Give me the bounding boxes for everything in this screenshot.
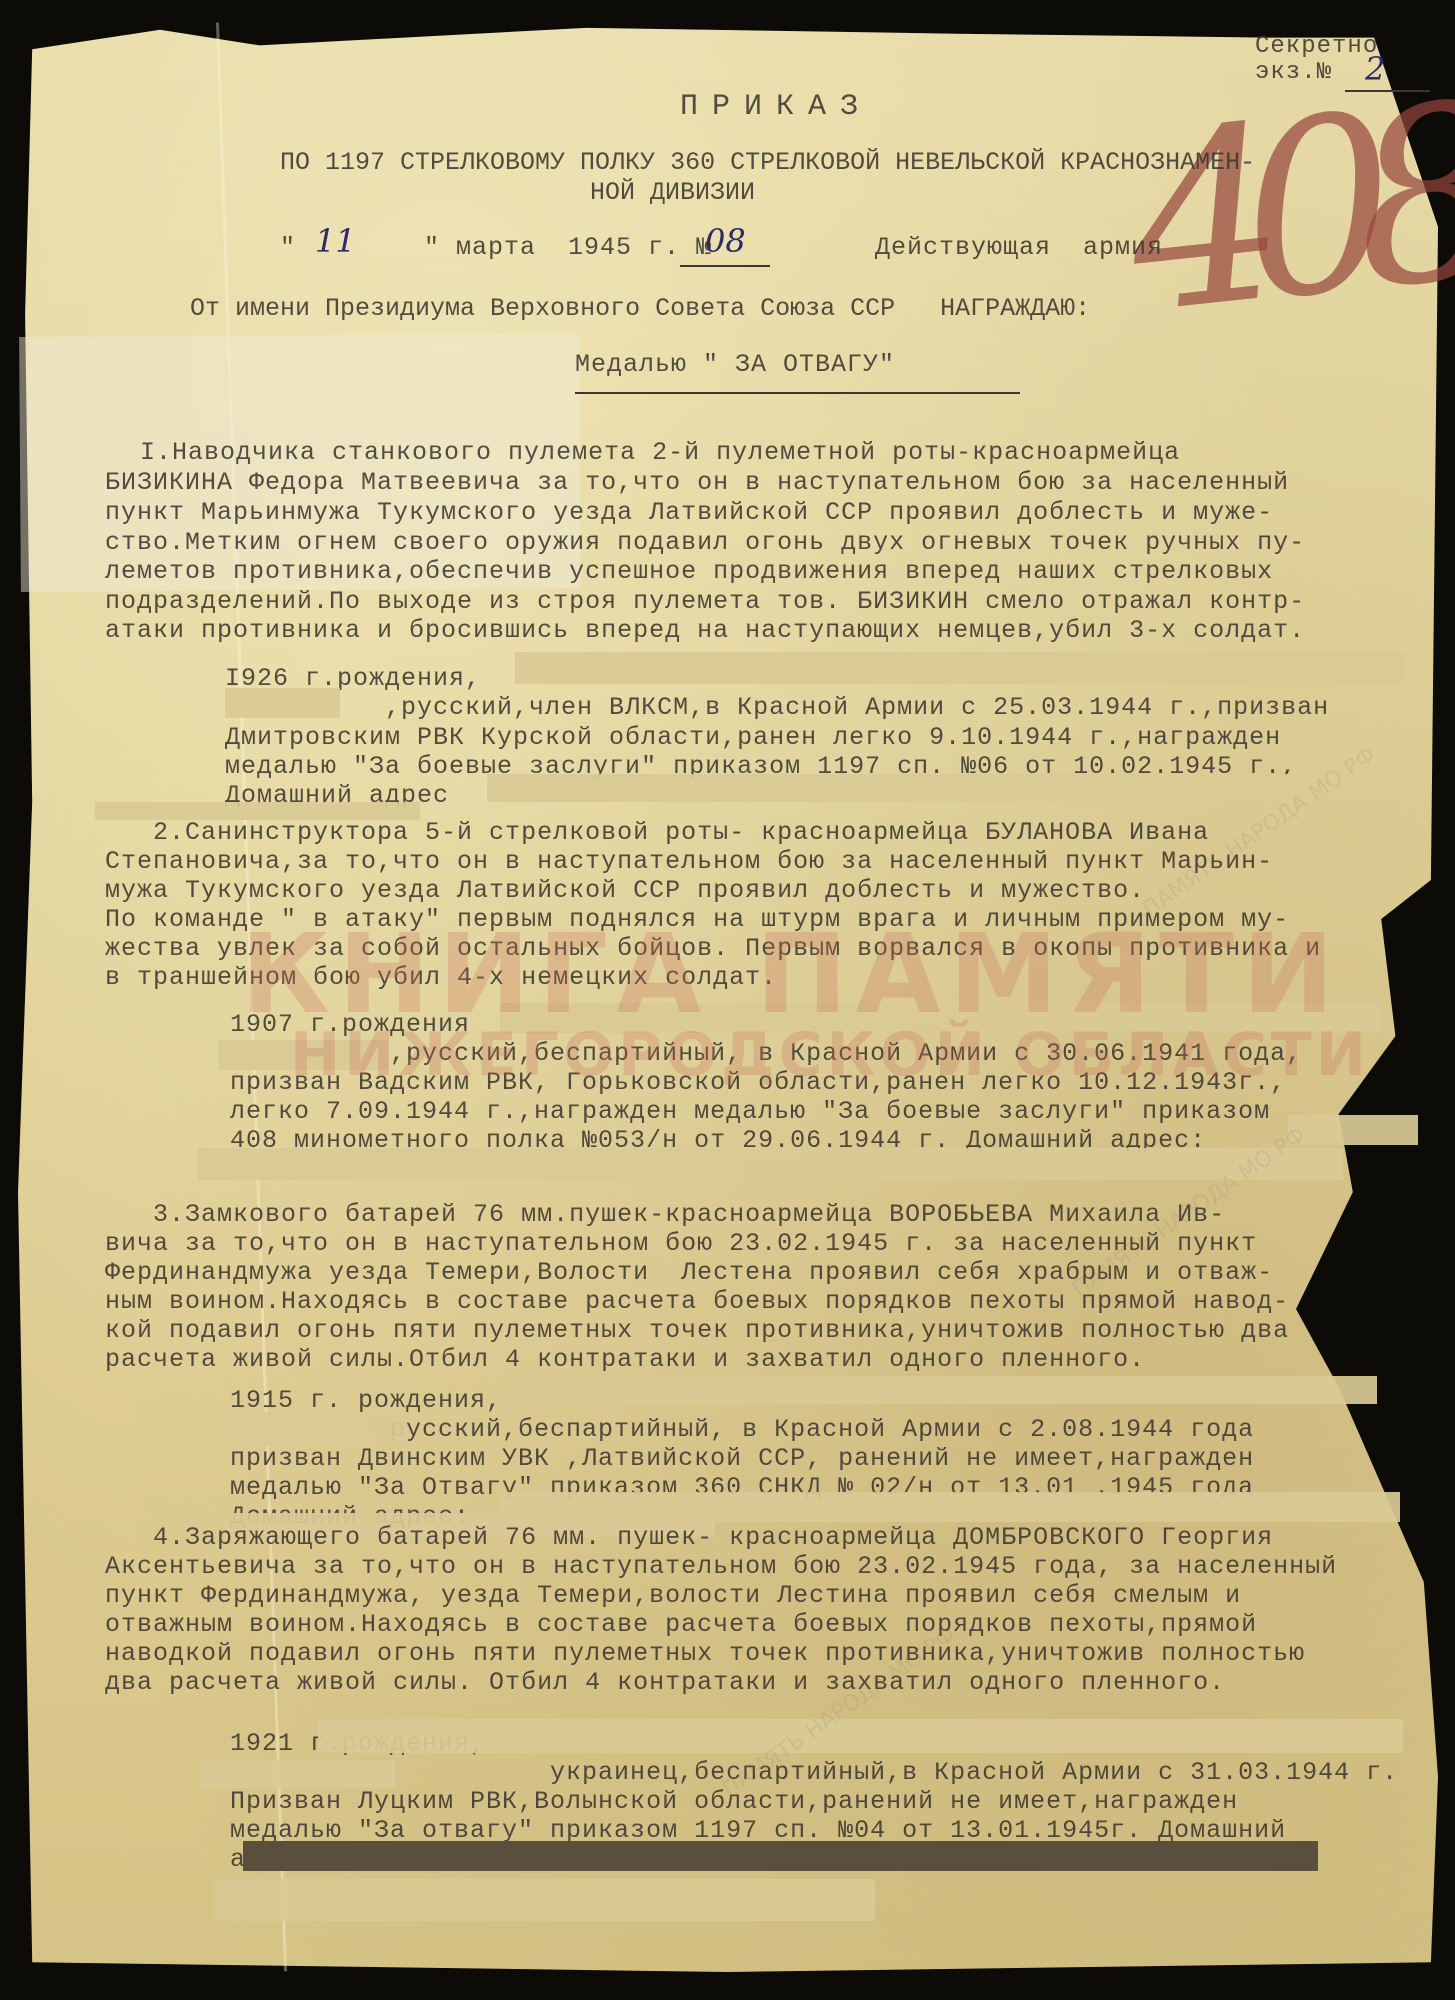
unit-line-1: ПО 1197 СТРЕЛКОВОМУ ПОЛКУ 360 СТРЕЛКОВОЙ… bbox=[280, 148, 1255, 178]
unit-line-2: НОЙ ДИВИЗИИ bbox=[590, 178, 755, 208]
entry-4-line: наводкой подавил огонь пяти пулеметных т… bbox=[105, 1639, 1305, 1669]
entry-3-line: кой подавил огонь пяти пулеметных точек … bbox=[105, 1316, 1289, 1346]
entry-4-line: 4.Заряжающего батарей 76 мм. пушек- крас… bbox=[105, 1523, 1273, 1553]
redaction-bar-dark bbox=[243, 1841, 1318, 1871]
entry-4-line: пункт Фердинандмужа, уезда Темери,волост… bbox=[105, 1581, 1241, 1611]
army-label: Действующая армия bbox=[875, 233, 1163, 263]
entry-4-line: Аксентьевича за то,что он в наступательн… bbox=[105, 1552, 1337, 1582]
medal-underline bbox=[575, 392, 1020, 394]
redaction-bar bbox=[225, 688, 340, 718]
entry-4-bio: украинец,беспартийный,в Красной Армии с … bbox=[230, 1758, 1398, 1788]
medal-name: Медалью " ЗА ОТВАГУ" bbox=[575, 350, 895, 380]
entry-4-line: два расчета живой силы. Отбил 4 контрата… bbox=[105, 1668, 1225, 1698]
document-title: ПРИКАЗ bbox=[680, 92, 872, 122]
entry-3-line: вича за то,что он в наступательном бою 2… bbox=[105, 1229, 1257, 1259]
redaction-bar bbox=[515, 652, 1405, 684]
redaction-bar bbox=[522, 1376, 1377, 1404]
redaction-bar bbox=[222, 1412, 407, 1446]
entry-3-line: расчета живой силы.Отбил 4 контратаки и … bbox=[105, 1345, 1145, 1375]
watermark-line-2: НИЖЕГОРОДСКОЙ ОБЛАСТИ bbox=[290, 1020, 1370, 1090]
redaction-bar bbox=[487, 774, 1312, 802]
order-number: 08 bbox=[705, 222, 746, 260]
redaction-bar bbox=[198, 1148, 1343, 1180]
redaction-bar bbox=[200, 1760, 395, 1788]
entry-4-line: отважным воином.Находясь в составе расче… bbox=[105, 1610, 1257, 1640]
redaction-bar bbox=[215, 1879, 875, 1921]
handwritten-red-number: 408 bbox=[1116, 53, 1455, 367]
entry-1-line: I.Наводчика станкового пулемета 2-й пуле… bbox=[140, 438, 1180, 468]
entry-3-bio: призван Двинским УВК ,Латвийской ССР, ра… bbox=[230, 1444, 1254, 1474]
award-intro: От имени Президиума Верховного Совета Со… bbox=[190, 294, 1090, 324]
entry-1-bio: Дмитровским РВК Курской области,ранен ле… bbox=[225, 723, 1281, 753]
entry-1-line: пункт Марьинмужа Тукумского уезда Латвий… bbox=[105, 498, 1273, 528]
entry-1-line: атаки противника и бросившись вперед на … bbox=[105, 616, 1305, 646]
entry-2-line: 2.Санинструктора 5-й стрелковой роты- кр… bbox=[105, 818, 1209, 848]
entry-1-bio: ,русский,член ВЛКСМ,в Красной Армии с 25… bbox=[225, 693, 1329, 723]
entry-1-line: подразделений.По выходе из строя пулемет… bbox=[105, 587, 1305, 617]
entry-3-line: 3.Замкового батарей 76 мм.пушек-красноар… bbox=[105, 1200, 1225, 1230]
entry-2-line: Степановича,за то,что он в наступательно… bbox=[105, 847, 1273, 877]
entry-2-line: мужа Тукумского уезда Латвийской ССР про… bbox=[105, 876, 1145, 906]
entry-1-line: БИЗИКИНА Федора Матвеевича за то,что он … bbox=[105, 468, 1289, 498]
order-number-underline bbox=[680, 265, 770, 267]
entry-1-line: леметов противника,обеспечив успешное пр… bbox=[105, 557, 1273, 587]
order-day: 11 bbox=[315, 222, 356, 260]
watermark-line-1: КНИГА ПАМЯТИ bbox=[240, 910, 1342, 1038]
entry-1-line: ство.Метким огнем своего оружия подавил … bbox=[105, 528, 1305, 558]
redaction-bar bbox=[318, 1719, 1403, 1753]
entry-2-bio: легко 7.09.1944 г.,награжден медалью "За… bbox=[230, 1097, 1270, 1127]
entry-3-line: ным воином.Находясь в составе расчета бо… bbox=[105, 1287, 1289, 1317]
